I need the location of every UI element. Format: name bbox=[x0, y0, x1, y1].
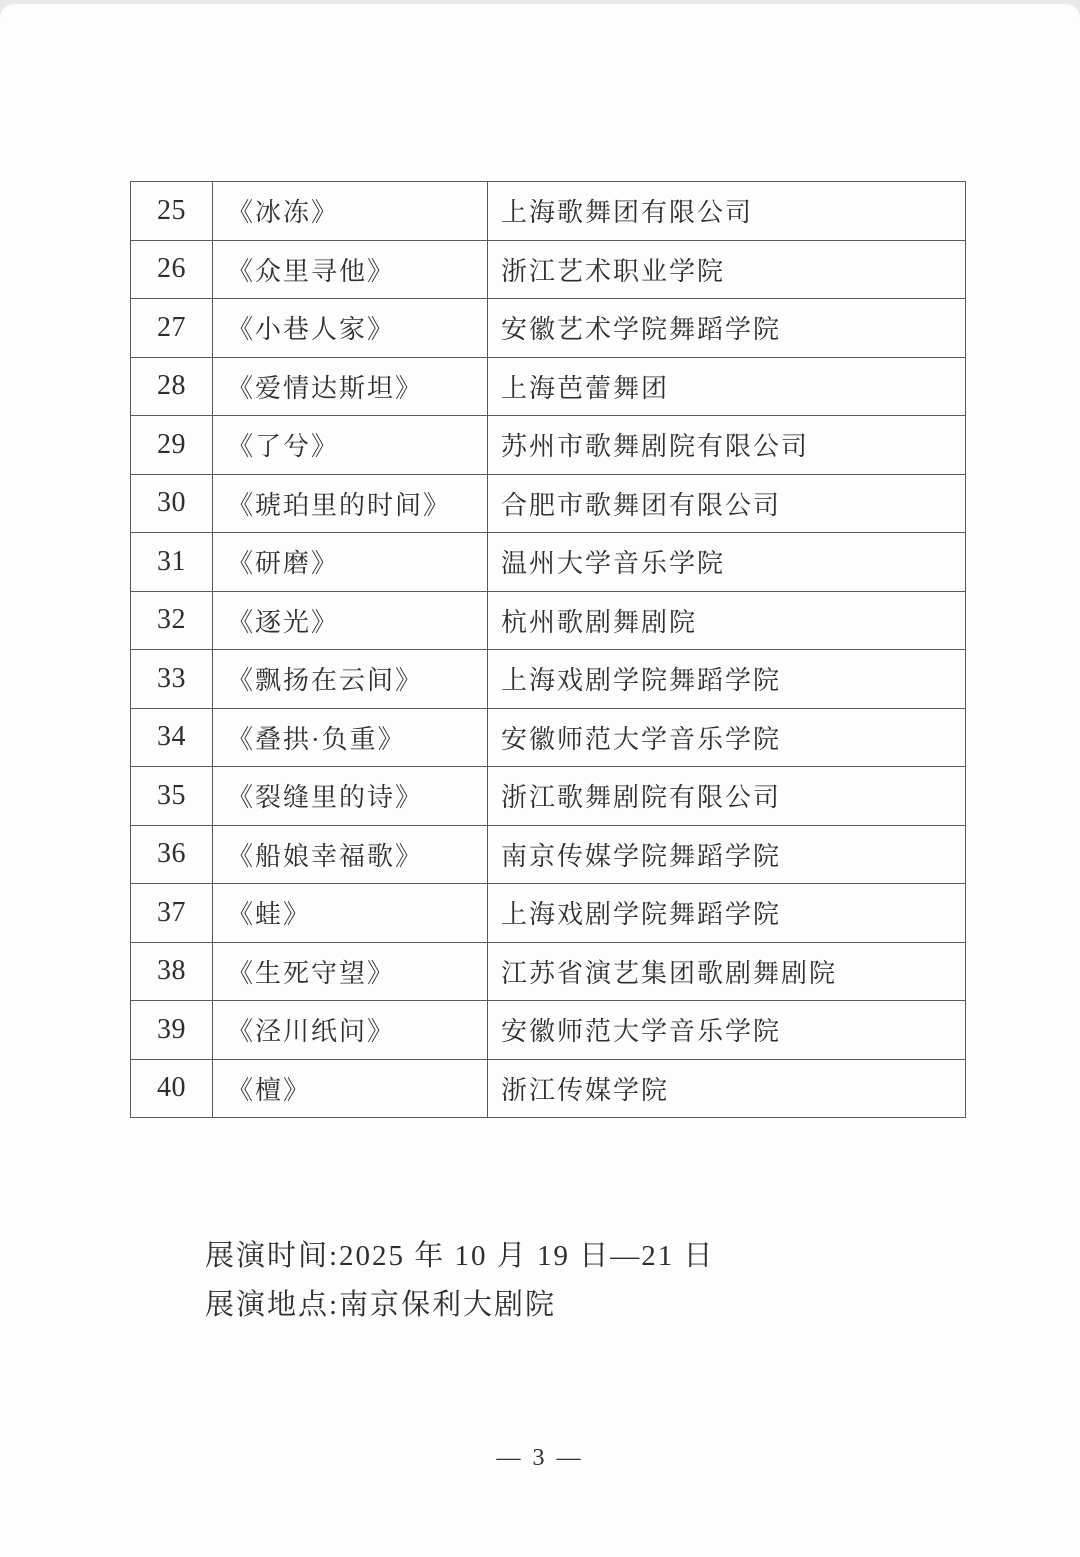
exhibition-venue-label: 展演地点:南京保利大剧院 bbox=[205, 1290, 715, 1320]
table-row: 40《檀》浙江传媒学院 bbox=[131, 1059, 966, 1118]
table-row: 38《生死守望》江苏省演艺集团歌剧舞剧院 bbox=[131, 942, 966, 1001]
row-number-cell: 37 bbox=[131, 884, 213, 943]
row-number-cell: 40 bbox=[131, 1059, 213, 1118]
table-row: 29《了兮》苏州市歌舞剧院有限公司 bbox=[131, 416, 966, 475]
footer-info: 展演时间:2025 年 10 月 19 日—21 日 展演地点:南京保利大剧院 bbox=[205, 1241, 715, 1339]
title-cell: 《爱情达斯坦》 bbox=[213, 357, 488, 416]
organization-cell: 浙江歌舞剧院有限公司 bbox=[488, 767, 966, 826]
title-cell: 《檀》 bbox=[213, 1059, 488, 1118]
table-row: 32《逐光》杭州歌剧舞剧院 bbox=[131, 591, 966, 650]
row-number-cell: 33 bbox=[131, 650, 213, 709]
exhibition-time-label: 展演时间:2025 年 10 月 19 日—21 日 bbox=[205, 1241, 715, 1271]
page-number: — 3 — bbox=[0, 1445, 1080, 1472]
organization-cell: 苏州市歌舞剧院有限公司 bbox=[488, 416, 966, 475]
organization-cell: 上海戏剧学院舞蹈学院 bbox=[488, 884, 966, 943]
table-row: 26《众里寻他》浙江艺术职业学院 bbox=[131, 240, 966, 299]
table-row: 28《爱情达斯坦》上海芭蕾舞团 bbox=[131, 357, 966, 416]
title-cell: 《众里寻他》 bbox=[213, 240, 488, 299]
row-number-cell: 31 bbox=[131, 533, 213, 592]
organization-cell: 安徽师范大学音乐学院 bbox=[488, 1001, 966, 1060]
table-row: 30《琥珀里的时间》合肥市歌舞团有限公司 bbox=[131, 474, 966, 533]
title-cell: 《泾川纸问》 bbox=[213, 1001, 488, 1060]
table-row: 34《叠拱·负重》安徽师范大学音乐学院 bbox=[131, 708, 966, 767]
title-cell: 《琥珀里的时间》 bbox=[213, 474, 488, 533]
row-number-cell: 34 bbox=[131, 708, 213, 767]
row-number-cell: 26 bbox=[131, 240, 213, 299]
program-table: 25《冰冻》上海歌舞团有限公司26《众里寻他》浙江艺术职业学院27《小巷人家》安… bbox=[130, 181, 966, 1118]
row-number-cell: 38 bbox=[131, 942, 213, 1001]
title-cell: 《叠拱·负重》 bbox=[213, 708, 488, 767]
row-number-cell: 25 bbox=[131, 182, 213, 241]
table-row: 39《泾川纸问》安徽师范大学音乐学院 bbox=[131, 1001, 966, 1060]
title-cell: 《冰冻》 bbox=[213, 182, 488, 241]
row-number-cell: 28 bbox=[131, 357, 213, 416]
table-row: 31《研磨》温州大学音乐学院 bbox=[131, 533, 966, 592]
title-cell: 《船娘幸福歌》 bbox=[213, 825, 488, 884]
organization-cell: 上海戏剧学院舞蹈学院 bbox=[488, 650, 966, 709]
organization-cell: 安徽艺术学院舞蹈学院 bbox=[488, 299, 966, 358]
row-number-cell: 32 bbox=[131, 591, 213, 650]
row-number-cell: 27 bbox=[131, 299, 213, 358]
organization-cell: 安徽师范大学音乐学院 bbox=[488, 708, 966, 767]
title-cell: 《小巷人家》 bbox=[213, 299, 488, 358]
title-cell: 《逐光》 bbox=[213, 591, 488, 650]
row-number-cell: 35 bbox=[131, 767, 213, 826]
table-row: 36《船娘幸福歌》南京传媒学院舞蹈学院 bbox=[131, 825, 966, 884]
document-page: 25《冰冻》上海歌舞团有限公司26《众里寻他》浙江艺术职业学院27《小巷人家》安… bbox=[0, 4, 1080, 1557]
table-row: 25《冰冻》上海歌舞团有限公司 bbox=[131, 182, 966, 241]
organization-cell: 南京传媒学院舞蹈学院 bbox=[488, 825, 966, 884]
title-cell: 《研磨》 bbox=[213, 533, 488, 592]
organization-cell: 上海芭蕾舞团 bbox=[488, 357, 966, 416]
organization-cell: 合肥市歌舞团有限公司 bbox=[488, 474, 966, 533]
row-number-cell: 29 bbox=[131, 416, 213, 475]
row-number-cell: 36 bbox=[131, 825, 213, 884]
organization-cell: 温州大学音乐学院 bbox=[488, 533, 966, 592]
table-row: 35《裂缝里的诗》浙江歌舞剧院有限公司 bbox=[131, 767, 966, 826]
organization-cell: 杭州歌剧舞剧院 bbox=[488, 591, 966, 650]
organization-cell: 浙江传媒学院 bbox=[488, 1059, 966, 1118]
organization-cell: 江苏省演艺集团歌剧舞剧院 bbox=[488, 942, 966, 1001]
title-cell: 《蛙》 bbox=[213, 884, 488, 943]
title-cell: 《生死守望》 bbox=[213, 942, 488, 1001]
title-cell: 《了兮》 bbox=[213, 416, 488, 475]
title-cell: 《裂缝里的诗》 bbox=[213, 767, 488, 826]
table-row: 33《飘扬在云间》上海戏剧学院舞蹈学院 bbox=[131, 650, 966, 709]
program-table-body: 25《冰冻》上海歌舞团有限公司26《众里寻他》浙江艺术职业学院27《小巷人家》安… bbox=[131, 182, 966, 1118]
row-number-cell: 39 bbox=[131, 1001, 213, 1060]
table-row: 27《小巷人家》安徽艺术学院舞蹈学院 bbox=[131, 299, 966, 358]
title-cell: 《飘扬在云间》 bbox=[213, 650, 488, 709]
organization-cell: 浙江艺术职业学院 bbox=[488, 240, 966, 299]
table-row: 37《蛙》上海戏剧学院舞蹈学院 bbox=[131, 884, 966, 943]
organization-cell: 上海歌舞团有限公司 bbox=[488, 182, 966, 241]
row-number-cell: 30 bbox=[131, 474, 213, 533]
